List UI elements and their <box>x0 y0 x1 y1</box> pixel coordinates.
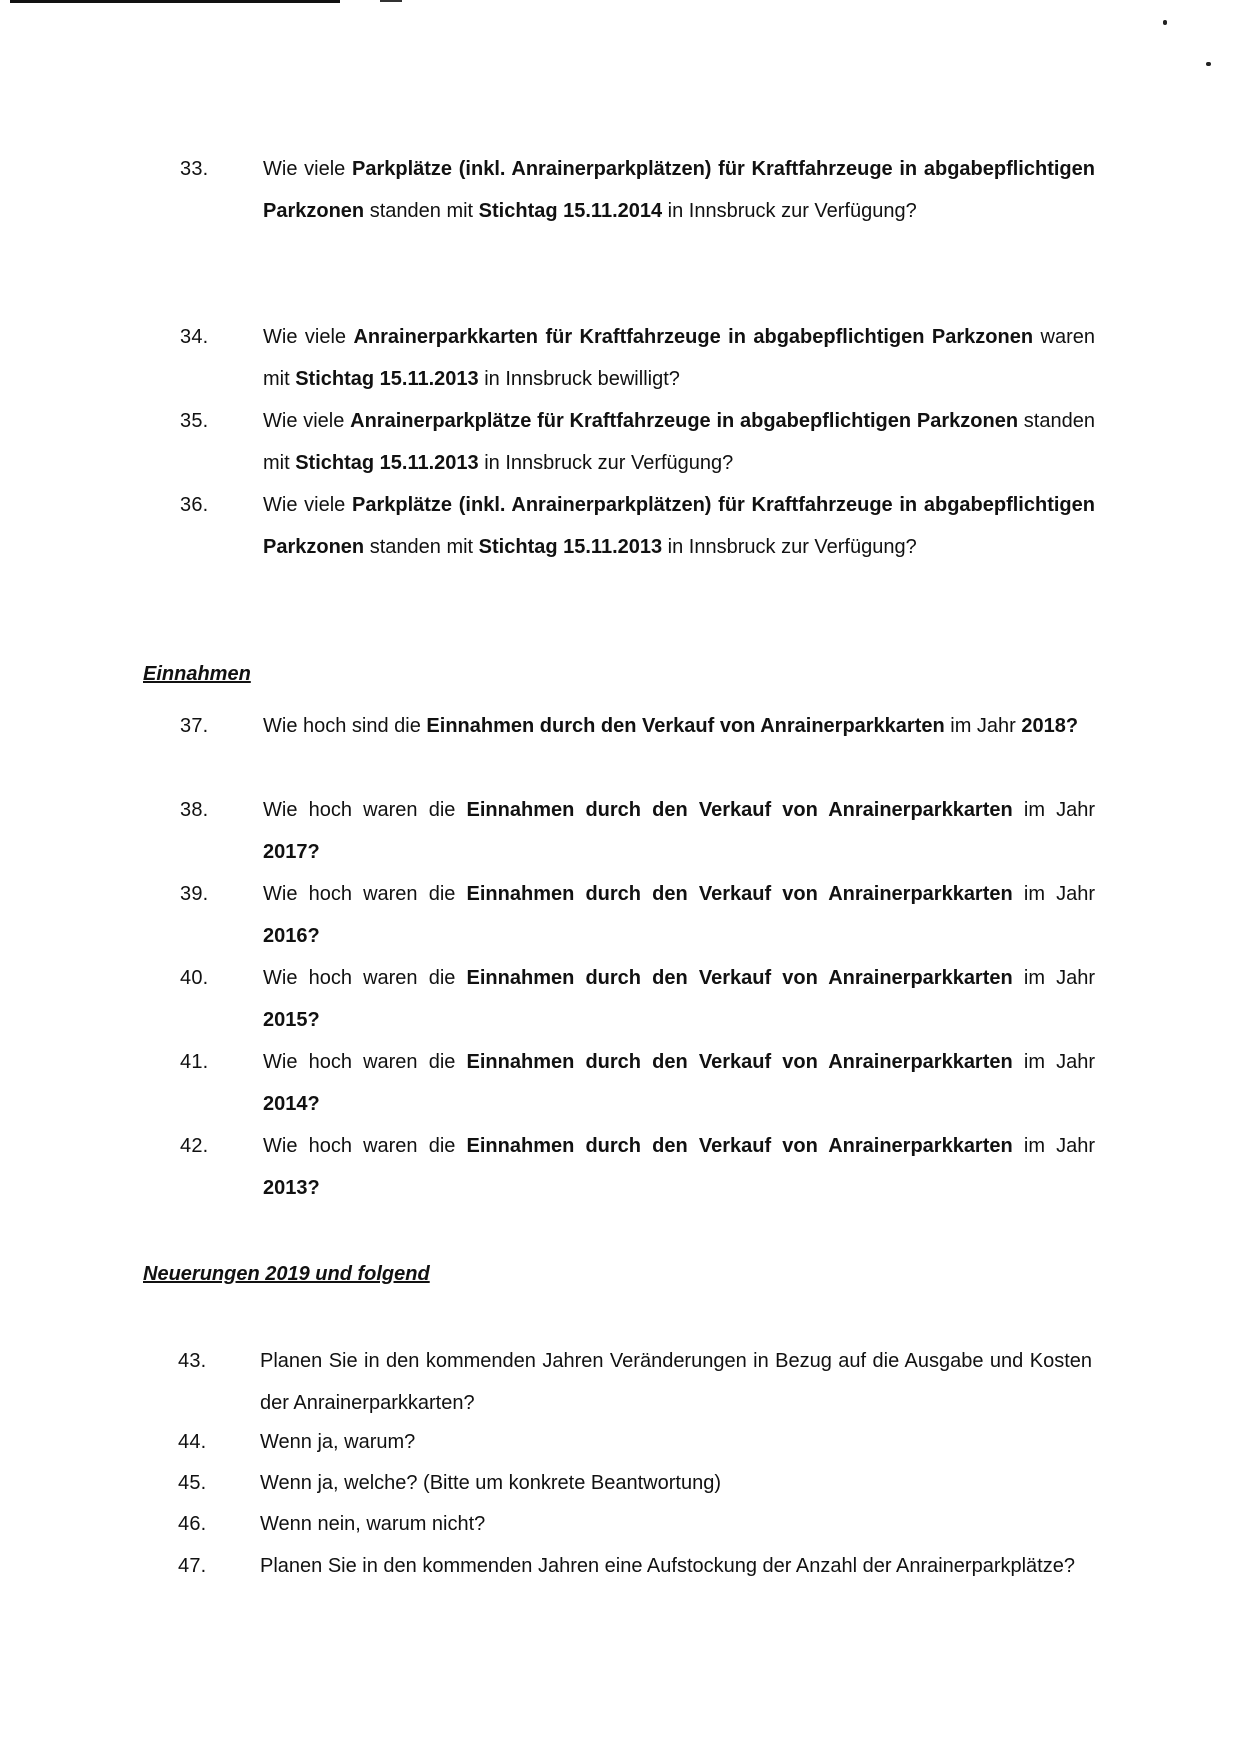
emphasis-text: Anrainerparkkarten für Kraftfahrzeuge in… <box>353 326 1033 348</box>
text-segment: standen mit <box>364 536 479 558</box>
text-segment: Wenn ja, welche? (Bitte um konkrete Bean… <box>260 1472 721 1494</box>
question-text: Wie viele Parkplätze (inkl. Anrainerpark… <box>263 484 1095 568</box>
emphasis-text: 2018? <box>1021 715 1078 737</box>
question-number: 34. <box>180 326 208 349</box>
question-text: Wie hoch waren die Einnahmen durch den V… <box>263 873 1095 957</box>
text-segment: Wenn ja, warum? <box>260 1431 415 1453</box>
question-number: 39. <box>180 883 208 906</box>
text-segment: in Innsbruck bewilligt? <box>479 368 680 390</box>
text-segment: in Innsbruck zur Verfügung? <box>662 200 917 222</box>
question-number: 41. <box>180 1051 208 1074</box>
question-text: Wie viele Parkplätze (inkl. Anrainerpark… <box>263 148 1095 232</box>
text-segment: in Innsbruck zur Verfügung? <box>662 536 917 558</box>
text-segment: Planen Sie in den kommenden Jahren eine … <box>260 1555 1075 1577</box>
text-segment: im Jahr <box>1013 1135 1095 1157</box>
question-number: 42. <box>180 1135 208 1158</box>
question-number: 46. <box>178 1513 206 1536</box>
question-number: 47. <box>178 1555 206 1578</box>
scan-artifact-mark <box>380 0 402 2</box>
emphasis-text: 2015? <box>263 1009 320 1031</box>
question-text: Wie hoch waren die Einnahmen durch den V… <box>263 789 1095 873</box>
emphasis-text: 2016? <box>263 925 320 947</box>
text-segment: im Jahr <box>1013 883 1095 905</box>
question-number: 36. <box>180 494 208 517</box>
emphasis-text: Einnahmen durch den Verkauf von Anrainer… <box>426 715 944 737</box>
text-segment: Wie viele <box>263 494 352 516</box>
question-text: Wie viele Anrainerparkkarten für Kraftfa… <box>263 316 1095 400</box>
question-text: Planen Sie in den kommenden Jahren Verän… <box>260 1340 1092 1424</box>
text-segment: Wie viele <box>263 158 352 180</box>
text-segment: in Innsbruck zur Verfügung? <box>479 452 734 474</box>
text-segment: im Jahr <box>1013 799 1095 821</box>
text-segment: standen mit <box>364 200 479 222</box>
emphasis-text: 2013? <box>263 1177 320 1199</box>
emphasis-text: Stichtag 15.11.2013 <box>295 452 478 474</box>
emphasis-text: 2014? <box>263 1093 320 1115</box>
text-segment: Wie hoch waren die <box>263 1135 467 1157</box>
question-text: Wenn ja, warum? <box>260 1421 1092 1463</box>
question-number: 40. <box>180 967 208 990</box>
emphasis-text: Stichtag 15.11.2014 <box>479 200 662 222</box>
emphasis-text: Einnahmen durch den Verkauf von Anrainer… <box>467 883 1013 905</box>
text-segment: Wie hoch waren die <box>263 883 467 905</box>
question-number: 35. <box>180 410 208 433</box>
text-segment: Wie hoch sind die <box>263 715 426 737</box>
text-segment: Wie hoch waren die <box>263 1051 467 1073</box>
text-segment: Wenn nein, warum nicht? <box>260 1513 485 1535</box>
question-text: Wie hoch waren die Einnahmen durch den V… <box>263 1041 1095 1125</box>
text-segment: Wie hoch waren die <box>263 799 467 821</box>
section-heading: Einnahmen <box>143 663 251 686</box>
question-text: Wie hoch waren die Einnahmen durch den V… <box>263 1125 1095 1209</box>
question-number: 43. <box>178 1350 206 1373</box>
emphasis-text: Einnahmen durch den Verkauf von Anrainer… <box>467 799 1013 821</box>
emphasis-text: Anrainerparkplätze für Kraftfahrzeuge in… <box>350 410 1018 432</box>
emphasis-text: Stichtag 15.11.2013 <box>479 536 662 558</box>
text-segment: im Jahr <box>945 715 1022 737</box>
question-text: Wenn ja, welche? (Bitte um konkrete Bean… <box>260 1462 1092 1504</box>
question-number: 44. <box>178 1431 206 1454</box>
question-number: 45. <box>178 1472 206 1495</box>
text-segment: Wie viele <box>263 410 350 432</box>
question-text: Wie viele Anrainerparkplätze für Kraftfa… <box>263 400 1095 484</box>
text-segment: Wie hoch waren die <box>263 967 467 989</box>
emphasis-text: Einnahmen durch den Verkauf von Anrainer… <box>467 967 1013 989</box>
emphasis-text: Einnahmen durch den Verkauf von Anrainer… <box>467 1051 1013 1073</box>
question-text: Wie hoch sind die Einnahmen durch den Ve… <box>263 705 1095 747</box>
scan-speck <box>1206 62 1211 66</box>
text-segment: Wie viele <box>263 326 353 348</box>
emphasis-text: Einnahmen durch den Verkauf von Anrainer… <box>467 1135 1013 1157</box>
scan-artifact-line <box>10 0 340 3</box>
question-text: Wie hoch waren die Einnahmen durch den V… <box>263 957 1095 1041</box>
text-segment: im Jahr <box>1013 967 1095 989</box>
scan-speck <box>1163 20 1167 25</box>
section-heading: Neuerungen 2019 und folgend <box>143 1263 430 1286</box>
question-number: 33. <box>180 158 208 181</box>
emphasis-text: 2017? <box>263 841 320 863</box>
text-segment: im Jahr <box>1013 1051 1095 1073</box>
emphasis-text: Stichtag 15.11.2013 <box>295 368 478 390</box>
question-text: Planen Sie in den kommenden Jahren eine … <box>260 1545 1092 1587</box>
text-segment: Planen Sie in den kommenden Jahren Verän… <box>260 1350 1092 1414</box>
question-text: Wenn nein, warum nicht? <box>260 1503 1092 1545</box>
question-number: 37. <box>180 715 208 738</box>
question-number: 38. <box>180 799 208 822</box>
